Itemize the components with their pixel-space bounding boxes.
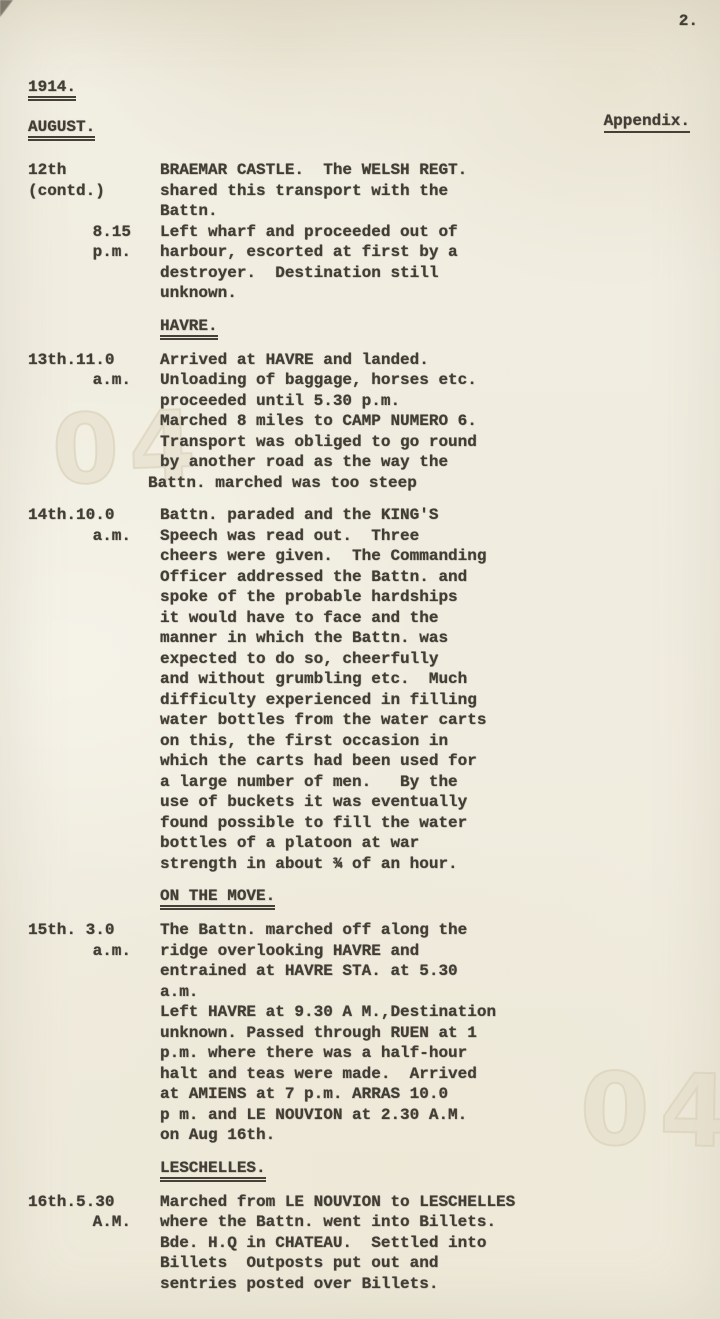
diary-line: 12thBRAEMAR CASTLE. The WELSH REGT. (28, 160, 702, 181)
diary-line: and without grumbling etc. Much (28, 669, 702, 690)
date-time-cell (28, 961, 131, 982)
diary-line: a.m.ridge overlooking HAVRE and (28, 941, 702, 962)
diary-text: p.m. where there was a half-hour (160, 1043, 467, 1064)
year-heading: 1914. (28, 78, 76, 96)
diary-line: sentries posted over Billets. (28, 1274, 702, 1295)
diary-text: water bottles from the water carts (160, 710, 486, 731)
subheader-row: AUGUST. Appendix. (28, 112, 690, 136)
date-time-cell: 12th (28, 160, 131, 181)
date-time-cell (28, 1023, 131, 1044)
diary-line: difficulty experienced in filling (28, 690, 702, 711)
diary-line: Left HAVRE at 9.30 A M.,Destination (28, 1002, 702, 1023)
diary-line: a large number of men. By the (28, 772, 702, 793)
diary-line: Bde. H.Q in CHATEAU. Settled into (28, 1233, 702, 1254)
diary-entry-aug-14: 14th.10.0Battn. paraded and the KING'Sa.… (28, 505, 702, 874)
diary-text: sentries posted over Billets. (160, 1274, 438, 1295)
diary-text: where the Battn. went into Billets. (160, 1212, 496, 1233)
diary-text: it would have to face and the (160, 608, 438, 629)
diary-line: unknown. (28, 283, 702, 304)
diary-text: ridge overlooking HAVRE and (160, 941, 419, 962)
date-time-cell: 16th.5.30 (28, 1192, 131, 1213)
diary-line: on this, the first occasion in (28, 731, 702, 752)
date-time-cell (28, 473, 131, 494)
diary-text: strength in about ¾ of an hour. (160, 854, 458, 875)
date-time-cell: a.m. (28, 941, 131, 962)
diary-text: proceeded until 5.30 p.m. (160, 391, 400, 412)
diary-text: on this, the first occasion in (160, 731, 448, 752)
diary-line: p m. and LE NOUVION at 2.30 A.M. (28, 1105, 702, 1126)
diary-text: Speech was read out. Three (160, 526, 419, 547)
date-time-cell (28, 669, 131, 690)
diary-text: Transport was obliged to go round (160, 432, 477, 453)
diary-text: BRAEMAR CASTLE. The WELSH REGT. (160, 160, 467, 181)
diary-line: halt and teas were made. Arrived (28, 1064, 702, 1085)
diary-line: by another road as the way the (28, 452, 702, 473)
diary-line: a.m. (28, 982, 702, 1003)
diary-line: A.M.where the Battn. went into Billets. (28, 1212, 702, 1233)
date-time-cell (28, 452, 131, 473)
date-time-cell (28, 792, 131, 813)
diary-text: Left HAVRE at 9.30 A M.,Destination (160, 1002, 496, 1023)
date-time-cell: A.M. (28, 1212, 131, 1233)
date-time-cell (28, 1084, 131, 1105)
diary-entry-aug-13: 13th.11.0Arrived at HAVRE and landed.a.m… (28, 350, 702, 494)
diary-text: entrained at HAVRE STA. at 5.30 (160, 961, 458, 982)
diary-text: a large number of men. By the (160, 772, 458, 793)
date-time-cell (28, 283, 131, 304)
diary-text: Billets Outposts put out and (160, 1253, 438, 1274)
diary-line: spoke of the probable hardships (28, 587, 702, 608)
date-time-cell (28, 432, 131, 453)
diary-text: manner in which the Battn. was (160, 628, 448, 649)
diary-text: harbour, escorted at first by a (160, 242, 458, 263)
diary-line: destroyer. Destination still (28, 263, 702, 284)
date-time-cell (28, 649, 131, 670)
year-text: 1914. (28, 78, 76, 101)
date-time-cell: (contd.) (28, 181, 131, 202)
date-time-cell (28, 772, 131, 793)
diary-text: Marched 8 miles to CAMP NUMERO 6. (160, 411, 477, 432)
date-time-cell (28, 1105, 131, 1126)
heading-text: LESCHELLES. (160, 1159, 266, 1182)
date-time-cell (28, 201, 131, 222)
diary-line: 16th.5.30Marched from LE NOUVION to LESC… (28, 1192, 702, 1213)
date-time-cell: a.m. (28, 526, 131, 547)
diary-page: 04 04 2. 1914. AUGUST. Appendix. 12thBRA… (0, 0, 720, 1319)
diary-text: p m. and LE NOUVION at 2.30 A.M. (160, 1105, 467, 1126)
diary-line: at AMIENS at 7 p.m. ARRAS 10.0 (28, 1084, 702, 1105)
diary-text: and without grumbling etc. Much (160, 669, 467, 690)
diary-text: Bde. H.Q in CHATEAU. Settled into (160, 1233, 486, 1254)
diary-line: p.m. where there was a half-hour (28, 1043, 702, 1064)
page-number: 2. (679, 12, 698, 30)
diary-text: halt and teas were made. Arrived (160, 1064, 477, 1085)
date-time-cell (28, 982, 131, 1003)
date-time-cell (28, 628, 131, 649)
diary-text: Officer addressed the Battn. and (160, 567, 467, 588)
date-time-cell (28, 587, 131, 608)
appendix-label: Appendix. (604, 112, 690, 130)
month-text: AUGUST. (28, 118, 95, 141)
diary-text: at AMIENS at 7 p.m. ARRAS 10.0 (160, 1084, 448, 1105)
diary-line: Battn. (28, 201, 702, 222)
diary-line: 15th. 3.0The Battn. marched off along th… (28, 920, 702, 941)
date-time-cell: 13th.11.0 (28, 350, 131, 371)
date-time-cell (28, 731, 131, 752)
diary-line: use of buckets it was eventually (28, 792, 702, 813)
diary-text: a.m. (160, 982, 198, 1003)
diary-line: water bottles from the water carts (28, 710, 702, 731)
month-heading: AUGUST. (28, 118, 95, 136)
date-time-cell (28, 751, 131, 772)
diary-entry-aug-16: 16th.5.30Marched from LE NOUVION to LESC… (28, 1192, 702, 1295)
diary-text: on Aug 16th. (160, 1125, 275, 1146)
diary-entry-aug-15: 15th. 3.0The Battn. marched off along th… (28, 920, 702, 1146)
date-time-cell (28, 813, 131, 834)
diary-line: p.m.harbour, escorted at first by a (28, 242, 702, 263)
diary-line: manner in which the Battn. was (28, 628, 702, 649)
diary-text: Left wharf and proceeded out of (160, 222, 458, 243)
diary-line: Transport was obliged to go round (28, 432, 702, 453)
diary-line: cheers were given. The Commanding (28, 546, 702, 567)
diary-line: Battn. marched was too steep (28, 473, 702, 494)
diary-line: found possible to fill the water (28, 813, 702, 834)
diary-line: 8.15Left wharf and proceeded out of (28, 222, 702, 243)
date-time-cell (28, 1233, 131, 1254)
diary-text: Unloading of baggage, horses etc. (160, 370, 477, 391)
diary-entry-aug-12-contd: 12thBRAEMAR CASTLE. The WELSH REGT.(cont… (28, 160, 702, 304)
date-time-cell (28, 833, 131, 854)
diary-text: spoke of the probable hardships (160, 587, 458, 608)
date-time-cell (28, 710, 131, 731)
date-time-cell: p.m. (28, 242, 131, 263)
diary-line: on Aug 16th. (28, 1125, 702, 1146)
diary-text: found possible to fill the water (160, 813, 467, 834)
diary-text: bottles of a platoon at war (160, 833, 419, 854)
diary-text: by another road as the way the (160, 452, 448, 473)
date-time-cell (28, 263, 131, 284)
diary-text: destroyer. Destination still (160, 263, 438, 284)
date-time-cell (28, 1274, 131, 1295)
diary-line: 14th.10.0Battn. paraded and the KING'S (28, 505, 702, 526)
diary-line: strength in about ¾ of an hour. (28, 854, 702, 875)
heading-text: HAVRE. (160, 317, 218, 340)
diary-text: which the carts had been used for (160, 751, 477, 772)
diary-line: expected to do so, cheerfully (28, 649, 702, 670)
date-time-cell (28, 1002, 131, 1023)
diary-text: cheers were given. The Commanding (160, 546, 486, 567)
appendix-text: Appendix. (604, 112, 690, 133)
date-time-cell: a.m. (28, 370, 131, 391)
diary-text: The Battn. marched off along the (160, 920, 467, 941)
diary-text: shared this transport with the (160, 181, 448, 202)
diary-line: a.m.Speech was read out. Three (28, 526, 702, 547)
diary-line: unknown. Passed through RUEN at 1 (28, 1023, 702, 1044)
date-time-cell (28, 546, 131, 567)
date-time-cell (28, 567, 131, 588)
date-time-cell (28, 1064, 131, 1085)
diary-line: bottles of a platoon at war (28, 833, 702, 854)
diary-sections: 12thBRAEMAR CASTLE. The WELSH REGT.(cont… (28, 160, 702, 1306)
diary-line: (contd.)shared this transport with the (28, 181, 702, 202)
diary-text: expected to do so, cheerfully (160, 649, 438, 670)
diary-text: Battn. paraded and the KING'S (160, 505, 438, 526)
date-time-cell (28, 690, 131, 711)
diary-text: use of buckets it was eventually (160, 792, 467, 813)
diary-line: Marched 8 miles to CAMP NUMERO 6. (28, 411, 702, 432)
heading-text: ON THE MOVE. (160, 887, 275, 910)
date-time-cell (28, 854, 131, 875)
diary-line: which the carts had been used for (28, 751, 702, 772)
diary-text: Marched from LE NOUVION to LESCHELLES (160, 1192, 515, 1213)
date-time-cell: 8.15 (28, 222, 131, 243)
diary-text: unknown. Passed through RUEN at 1 (160, 1023, 477, 1044)
diary-text: Battn. (160, 201, 218, 222)
date-time-cell (28, 1125, 131, 1146)
date-time-cell (28, 411, 131, 432)
section-heading-on-the-move: ON THE MOVE. (160, 886, 702, 907)
diary-line: entrained at HAVRE STA. at 5.30 (28, 961, 702, 982)
diary-line: a.m.Unloading of baggage, horses etc. (28, 370, 702, 391)
section-heading-havre: HAVRE. (160, 316, 702, 337)
scan-corner-artifact (0, 0, 13, 17)
diary-line: 13th.11.0Arrived at HAVRE and landed. (28, 350, 702, 371)
diary-line: it would have to face and the (28, 608, 702, 629)
diary-line: Officer addressed the Battn. and (28, 567, 702, 588)
diary-line: proceeded until 5.30 p.m. (28, 391, 702, 412)
date-time-cell (28, 1253, 131, 1274)
date-time-cell: 14th.10.0 (28, 505, 131, 526)
date-time-cell: 15th. 3.0 (28, 920, 131, 941)
date-time-cell (28, 1043, 131, 1064)
diary-text: difficulty experienced in filling (160, 690, 477, 711)
diary-line: Billets Outposts put out and (28, 1253, 702, 1274)
section-heading-leschelles: LESCHELLES. (160, 1158, 702, 1179)
date-time-cell (28, 608, 131, 629)
diary-text: unknown. (160, 283, 237, 304)
date-time-cell (28, 391, 131, 412)
diary-text: Battn. marched was too steep (148, 473, 417, 494)
diary-text: Arrived at HAVRE and landed. (160, 350, 429, 371)
